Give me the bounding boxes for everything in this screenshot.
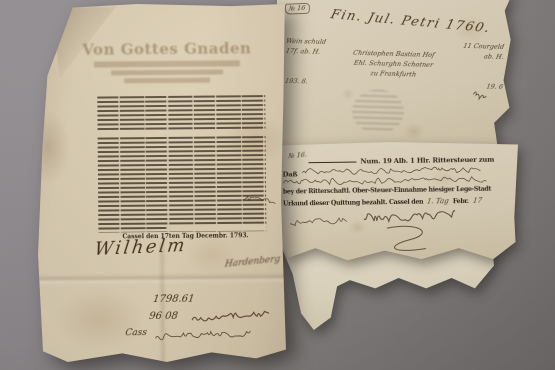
- photo-of-antique-documents: № 16 Fin. Jul. Petri 1760. Wein schuld11…: [0, 0, 555, 370]
- receipt-year-fill: 17: [472, 197, 482, 205]
- printed-decree-1793: Von Gottes Gnaden Cassel den 17ten Tag D…: [38, 4, 286, 362]
- receipt-body-text-1: bey der Ritterschaftl. Ober-Steuer-Einna…: [283, 186, 491, 196]
- ledger-entry-text: [461, 78, 503, 79]
- ledger-entry-text: [461, 68, 503, 69]
- bleed-through-heading: Von Gottes Gnaden: [81, 39, 253, 59]
- faded-oval-stamp-icon: [351, 89, 404, 134]
- ledger-entry-text: [326, 44, 462, 48]
- ledger-entry-text: 11 Courgeld: [461, 42, 505, 51]
- ledger-sheet-1760: № 16 Fin. Jul. Petri 1760. Wein schuld11…: [277, 0, 513, 162]
- clerk-signature-scribble: [289, 216, 347, 228]
- bleed-through-line: [111, 69, 223, 75]
- main-signature-scribble: [363, 208, 455, 224]
- decree-content: Von Gottes Gnaden Cassel den 17ten Tag D…: [36, 3, 287, 363]
- bleed-through-line: [124, 78, 210, 83]
- printed-rule: [308, 161, 356, 163]
- rittersteuer-receipt: № 16. Num. 19 Alb. 1 Hlr. Rittersteuer z…: [271, 142, 518, 264]
- signature-hardenberg: Hardenberg: [224, 254, 280, 269]
- receipt-month-word: Febr.: [453, 198, 469, 205]
- ledger-entries: Wein schuld11 Courgeld17f. ab. H.Christo…: [285, 37, 504, 93]
- ledger-entry-text: [285, 63, 325, 64]
- ledger-paper-surface: № 16 Fin. Jul. Petri 1760. Wein schuld11…: [277, 0, 513, 162]
- ledger-entry-text: 19. 6: [460, 82, 504, 91]
- ledger-entry-text: 17f. ab. H.: [285, 47, 327, 56]
- ledger-entry-text: [325, 84, 461, 88]
- receipt-body-text-2: Urkund dieser Quittung bezahlt. Cassel d…: [283, 199, 423, 208]
- ledger-heading: Fin. Jul. Petri 1760.: [329, 7, 492, 36]
- vertical-crease: [159, 242, 167, 362]
- handwriting-scribble: [283, 175, 488, 187]
- signature-wilhelm: Wilhelm: [93, 235, 188, 260]
- handwritten-note-3: Cass: [125, 328, 148, 338]
- inverted-note-scribble: [155, 327, 251, 344]
- receipt-paper-surface: № 16. Num. 19 Alb. 1 Hlr. Rittersteuer z…: [271, 142, 518, 264]
- receipt-filled-line-2: [283, 175, 488, 187]
- receipt-printed-line-2: Urkund dieser Quittung bezahlt. Cassel d…: [283, 197, 482, 208]
- ledger-entry-text: Wein schuld: [285, 37, 327, 46]
- receipt-corner-number: № 16.: [284, 149, 311, 162]
- paragraph-end-gap: [166, 225, 266, 231]
- ledger-entry-text: 193. 8.: [284, 77, 326, 86]
- receipt-content: № 16. Num. 19 Alb. 1 Hlr. Rittersteuer z…: [270, 140, 519, 265]
- printed-paragraph-2: [98, 136, 267, 232]
- bleed-through-line: [94, 60, 240, 67]
- decree-paper-surface: Von Gottes Gnaden Cassel den 17ten Tag D…: [38, 4, 286, 362]
- ledger-entry-text: [285, 73, 325, 74]
- ledger-content: № 16 Fin. Jul. Petri 1760. Wein schuld11…: [275, 0, 516, 165]
- ledger-corner-number: № 16: [284, 3, 310, 15]
- dash-flourish-scribble: [191, 309, 269, 324]
- printed-paragraph-1: [97, 95, 265, 132]
- signature-flourish: [379, 223, 437, 256]
- receipt-printed-line-1: bey der Ritterschaftl. Ober-Steuer-Einna…: [283, 186, 491, 196]
- receipt-day-fill: 1. Tag: [427, 197, 450, 205]
- bleed-through-title-block: Von Gottes Gnaden: [81, 39, 253, 83]
- ledger-entry-text: ab. H.: [461, 52, 505, 61]
